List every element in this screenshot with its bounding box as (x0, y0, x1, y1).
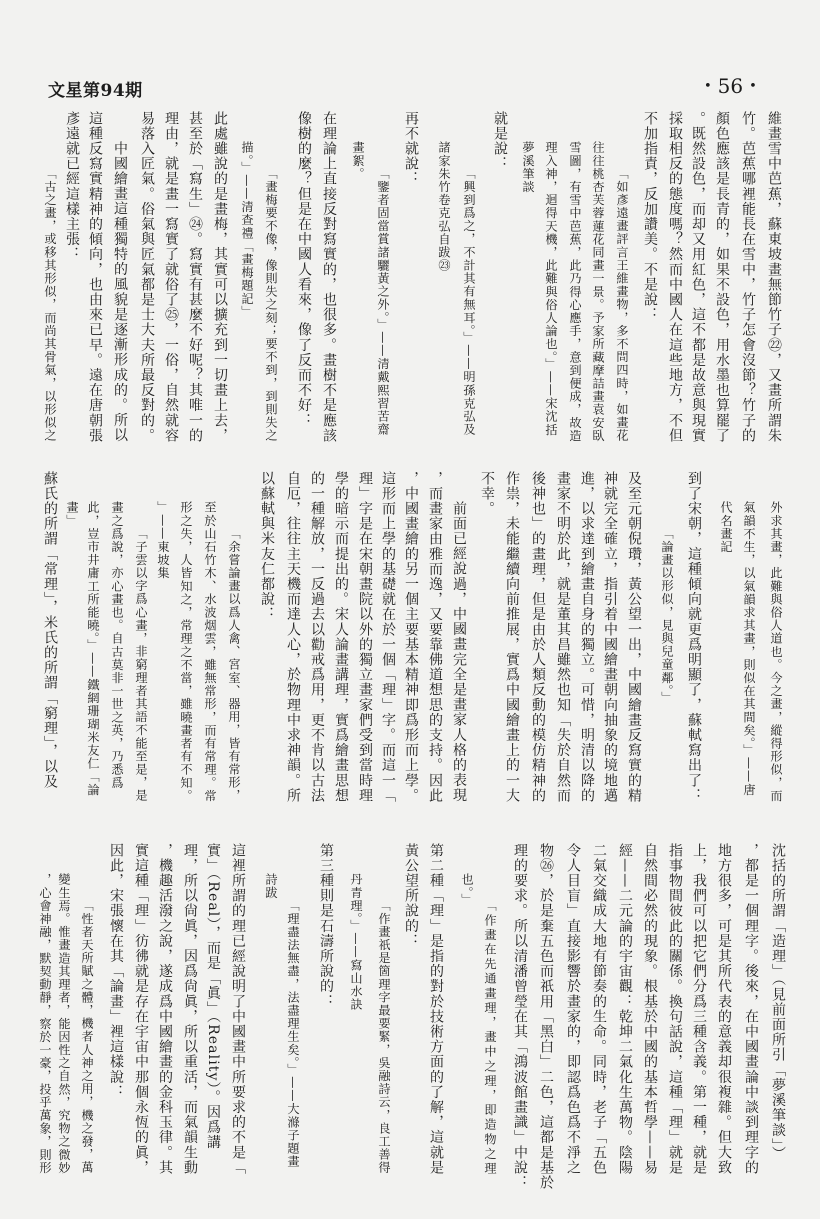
text-column: 指事物間彼此的關係。換句話說，這種「理」就是 (667, 843, 683, 1175)
text-column: 自然間必然的現象。根基於中國的基本哲學——易 (642, 843, 658, 1175)
text-column: 黃公望所說的： (403, 843, 419, 949)
text-column: 實」（Real），而是「眞」（Reality）。因爲講 (205, 843, 221, 1150)
text-column: 第二種「理」是指的對於技術方面的了解，這就是 (428, 843, 444, 1175)
text-column: 地方很多，可是其所代表的意義却很複雜。但大致 (716, 843, 732, 1175)
text-column: 第三種則是石濤所說的： (318, 843, 334, 1009)
quote-column: 也。」 (460, 873, 474, 906)
text-column: 實這種「理」彷彿就是存在宇宙中那個永恆的眞， (133, 843, 149, 1175)
text-column: 沈括的所謂「造理」（見前面所引「夢溪筆談」） (770, 843, 786, 1161)
quote-column: 「理盡法無盡，法盡理生矣。」——大滌子題畫 (286, 899, 300, 1168)
text-column: 理，所以尙眞，因爲尙眞，所以重活，而氣韻生動 (182, 843, 198, 1175)
quote-column: ，心會神融，默契動靜，察於一豪，投乎萬象，則形 (38, 873, 52, 1174)
text-column: 這裡所謂的理已經說明了中國畫中所要求的不是「 (230, 843, 246, 1175)
quote-column: 丹青理。」——寫山水訣 (349, 873, 363, 1011)
text-column: 上，我們可以把它們分爲三種含義。第一種，就是 (691, 843, 707, 1175)
text-column: 令人目盲」直接影響於畫家的，即認爲色爲不淨之 (565, 843, 581, 1175)
citation-column: 詩跋 (264, 873, 278, 899)
quote-column: 「作畫在先通畫理，畫中之理，即造物之理 (483, 899, 497, 1176)
quote-column: 「作畫祇是箇理字最要緊，吳融詩云，良工善得 (377, 899, 391, 1174)
quote-column: 「性者天所賦之體，機者人神之用，機之發，萬 (80, 899, 94, 1174)
quote-column: 變生焉。惟畫造其理者，能因性之自然，究物之微妙 (57, 873, 71, 1174)
text-column: 因此，宋張懷在其「論畫」裡這樣說： (108, 843, 124, 1100)
text-column: ，都是一個理字。後來，在中國畫論中談到理字的 (743, 843, 759, 1175)
text-column: 經——二元論的宇宙觀：乾坤二氣化生萬物。陰陽 (617, 843, 633, 1175)
magazine-page: 文星第94期 •56• 維畫雪中芭蕉，蘇東坡畫無節竹子㉒，又畫所謂朱 竹。芭蕉哪… (0, 0, 820, 1219)
text-column: 物㉖，於是棄五色而祇用「黑白」二色，這都是基於 (538, 843, 554, 1190)
text-column: 理的要求。所以清潘曾瑩在其「鴻波館畫識」中說： (512, 843, 528, 1190)
text-section-3: 沈括的所謂「造理」（見前面所引「夢溪筆談」） ，都是一個理字。後來，在中國畫論中… (0, 0, 820, 1219)
text-column: ，機趣活潑之說，遂成爲中國繪畫的金科玉律。其 (157, 843, 173, 1175)
text-column: 二氣交織成大地有節奏的生命。同時，老子「五色 (591, 843, 607, 1175)
